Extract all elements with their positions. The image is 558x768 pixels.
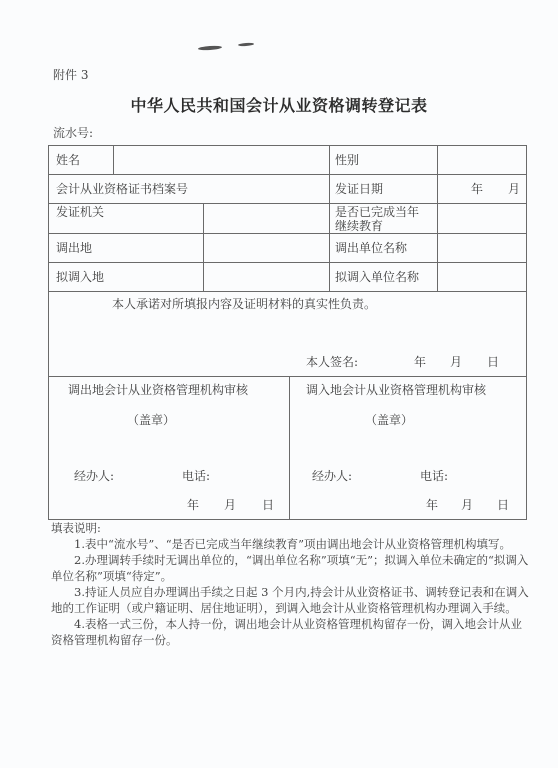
transfer-out-place-field[interactable] [204, 234, 328, 261]
transfer-in-unit-label: 拟调入单位名称 [335, 270, 419, 284]
continuing-education-field[interactable] [438, 204, 525, 232]
out-review-title: 调出地会计从业资格管理机构审核 [68, 383, 248, 397]
instruction-item: 3.持证人员应自办理调出手续之日起 3 个月内,持会计从业资格证书、调转登记表和… [51, 584, 529, 616]
gender-label: 性别 [335, 153, 359, 167]
in-review-title: 调入地会计从业资格管理机构审核 [306, 383, 486, 397]
transfer-in-place-label: 拟调入地 [56, 270, 104, 284]
signature-label: 本人签名: [306, 355, 358, 369]
out-day-unit: 日 [262, 498, 274, 512]
cert-file-number-field[interactable] [204, 175, 328, 202]
out-review-seal: （盖章） [127, 413, 175, 427]
in-phone-label: 电话: [420, 469, 448, 483]
in-month-unit: 月 [461, 498, 473, 512]
pledge-statement: 本人承诺对所填报内容及证明材料的真实性负责。 [112, 297, 376, 311]
continuing-education-label: 是否已完成当年 继续教育 [335, 205, 419, 233]
form-title: 中华人民共和国会计从业资格调转登记表 [0, 93, 558, 116]
in-review-seal: （盖章） [365, 413, 413, 427]
instruction-item: 4.表格一式三份，本人持一份，调出地会计从业资格管理机构留存一份，调入地会计从业… [51, 616, 529, 648]
out-handler-label: 经办人: [74, 469, 114, 483]
transfer-out-unit-label: 调出单位名称 [335, 241, 407, 255]
name-label: 姓名 [56, 153, 80, 167]
issuing-authority-field[interactable] [204, 204, 328, 232]
instruction-item: 2.办理调转手续时无调出单位的，“调出单位名称”项填“无”；拟调入单位未确定的“… [51, 552, 529, 584]
transfer-in-place-field[interactable] [204, 263, 328, 290]
out-year-unit: 年 [187, 498, 199, 512]
signature-month-unit: 月 [450, 355, 462, 369]
instructions: 填表说明: 1.表中“流水号”、“是否已完成当年继续教育”项由调出地会计从业资格… [51, 520, 529, 648]
issue-date-field[interactable]: 年 月 [438, 175, 525, 202]
signature-field[interactable] [370, 350, 410, 370]
out-month-unit: 月 [224, 498, 236, 512]
issue-date-month-unit: 月 [508, 182, 520, 196]
in-handler-label: 经办人: [312, 469, 352, 483]
issuing-authority-label: 发证机关 [56, 205, 104, 219]
attachment-label: 附件 3 [53, 66, 88, 83]
serial-number-label: 流水号: [53, 124, 93, 141]
in-year-unit: 年 [426, 498, 438, 512]
issue-date-label: 发证日期 [335, 182, 383, 196]
issue-date-year-unit: 年 [471, 182, 483, 196]
name-field[interactable] [114, 146, 328, 173]
signature-year-unit: 年 [414, 355, 426, 369]
scan-smudge [238, 42, 254, 46]
signature-day-unit: 日 [487, 355, 499, 369]
cert-file-number-label: 会计从业资格证书档案号 [56, 182, 188, 196]
scan-smudge [198, 45, 222, 51]
instructions-heading: 填表说明: [51, 520, 529, 536]
instruction-item: 1.表中“流水号”、“是否已完成当年继续教育”项由调出地会计从业资格管理机构填写… [51, 536, 529, 552]
transfer-in-unit-field[interactable] [438, 263, 525, 290]
out-phone-label: 电话: [182, 469, 210, 483]
transfer-out-place-label: 调出地 [56, 241, 92, 255]
in-day-unit: 日 [497, 498, 509, 512]
transfer-out-unit-field[interactable] [438, 234, 525, 261]
gender-field[interactable] [438, 146, 525, 173]
